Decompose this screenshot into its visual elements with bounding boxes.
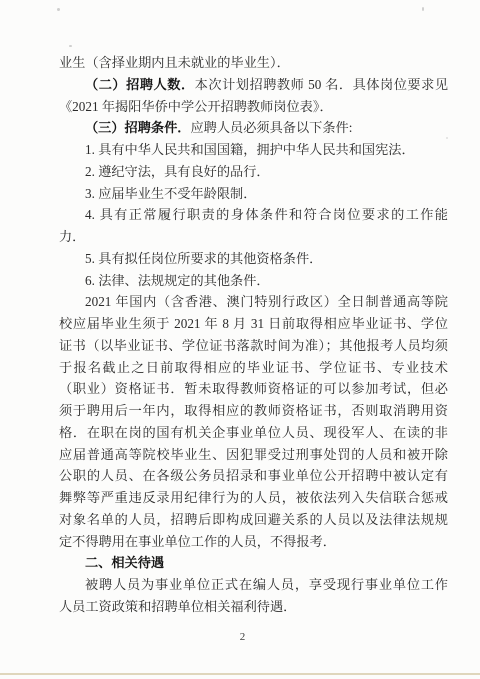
text-line: （职业）资格证书．暂未取得教师资格证的可以参加考试，但必 — [59, 378, 448, 400]
text-line: 二、相关待遇 — [59, 552, 448, 574]
text-line: 公职的人员、在各级公务员招录和事业单位公开招聘中被认定有 — [59, 465, 448, 487]
text-line: 《2021 年揭阳华侨中学公开招聘教师岗位表》． — [59, 96, 448, 118]
text-line: 定不得聘用在事业单位工作的人员，不得报考． — [59, 531, 448, 553]
text-segment: 4. 具有正常履行职责的身体条件和符合岗位要求的工作能 — [85, 207, 448, 222]
text-segment: 对象名单的人员，招聘后即构成回避关系的人员以及法律法规规 — [59, 512, 448, 527]
text-line: 1. 具有中华人民共和国国籍，拥护中华人民共和国宪法． — [59, 139, 448, 161]
scan-speck — [422, 7, 424, 11]
text-segment: 业生（含择业期内且未就业的毕业生）． — [59, 55, 290, 70]
text-segment: 5. 具有拟任岗位所要求的其他资格条件． — [85, 251, 322, 266]
text-line: （二）招聘人数．本次计划招聘教师 50 名．具体岗位要求见 — [59, 74, 448, 96]
text-line: 2021 年国内（含香港、澳门特别行政区）全日制普通高等院 — [59, 291, 448, 313]
text-segment: 人员工资政策和招聘单位相关福利待遇． — [59, 599, 296, 614]
text-segment: 公职的人员、在各级公务员招录和事业单位公开招聘中被认定有 — [59, 468, 448, 483]
text-line: 被聘人员为事业单位正式在编人员，享受现行事业单位工作 — [59, 574, 448, 596]
text-segment: 6. 法律、法规规定的其他条件． — [85, 273, 270, 288]
text-segment: 力． — [59, 229, 85, 244]
text-line: 证书（以毕业证书、学位证书落款时间为准）；其他报考人员均须 — [59, 335, 448, 357]
text-line: 校应届毕业生须于 2021 年 8 月 31 日前取得相应毕业证书、学位 — [59, 313, 448, 335]
text-line: 对象名单的人员，招聘后即构成回避关系的人员以及法律法规规 — [59, 509, 448, 531]
text-line: 人员工资政策和招聘单位相关福利待遇． — [59, 596, 448, 618]
text-segment: 校应届毕业生须于 2021 年 8 月 31 日前取得相应毕业证书、学位 — [59, 316, 448, 331]
text-segment: 应聘人员必须具备以下条件: — [191, 120, 353, 135]
text-segment: 《2021 年揭阳华侨中学公开招聘教师岗位表》． — [59, 99, 333, 114]
text-line: （三）招聘条件．应聘人员必须具备以下条件: — [59, 117, 448, 139]
text-line: 业生（含择业期内且未就业的毕业生）． — [59, 52, 448, 74]
text-line: 2. 遵纪守法，具有良好的品行． — [59, 161, 448, 183]
scan-edge-line — [0, 673, 480, 675]
scan-speck — [57, 8, 60, 11]
text-segment: （职业）资格证书．暂未取得教师资格证的可以参加考试，但必 — [59, 381, 448, 396]
text-segment: 舞弊等严重违反录用纪律行为的人员，被依法列入失信联合惩戒 — [59, 490, 448, 505]
text-segment-bold: （二）招聘人数． — [85, 77, 195, 92]
text-segment: 应届普通高等院校毕业生、因犯罪受过刑事处罚的人员和被开除 — [59, 447, 448, 462]
scan-speck — [69, 45, 72, 47]
text-line: 4. 具有正常履行职责的身体条件和符合岗位要求的工作能 — [59, 204, 448, 226]
text-line: 应届普通高等院校毕业生、因犯罪受过刑事处罚的人员和被开除 — [59, 444, 448, 466]
page-number: 2 — [55, 631, 430, 643]
text-line: 3. 应届毕业生不受年龄限制． — [59, 183, 448, 205]
text-segment: 须于聘用后一年内，取得相应的教师资格证书，否则取消聘用资 — [59, 403, 448, 418]
text-segment: 被聘人员为事业单位正式在编人员，享受现行事业单位工作 — [85, 577, 448, 592]
text-segment-bold: 二、相关待遇 — [85, 555, 164, 570]
text-segment: 定不得聘用在事业单位工作的人员，不得报考． — [59, 534, 336, 549]
text-line: 须于聘用后一年内，取得相应的教师资格证书，否则取消聘用资 — [59, 400, 448, 422]
text-line: 6. 法律、法规规定的其他条件． — [59, 270, 448, 292]
body-text: 业生（含择业期内且未就业的毕业生）．（二）招聘人数．本次计划招聘教师 50 名．… — [59, 52, 448, 618]
text-segment: 本次计划招聘教师 50 名．具体岗位要求见 — [195, 77, 448, 92]
text-segment: 2021 年国内（含香港、澳门特别行政区）全日制普通高等院 — [85, 294, 448, 309]
text-line: 力． — [59, 226, 448, 248]
text-line: 格．在职在岗的国有机关企事业单位人员、现役军人、在读的非 — [59, 422, 448, 444]
text-segment-bold: （三）招聘条件． — [85, 120, 191, 135]
text-segment: 3. 应届毕业生不受年龄限制． — [85, 186, 256, 201]
text-segment: 于报名截止之日前取得相应的毕业证书、学位证书、专业技术 — [59, 360, 448, 375]
text-segment: 1. 具有中华人民共和国国籍，拥护中华人民共和国宪法． — [85, 142, 415, 157]
text-segment: 证书（以毕业证书、学位证书落款时间为准）；其他报考人员均须 — [59, 338, 448, 353]
text-line: 于报名截止之日前取得相应的毕业证书、学位证书、专业技术 — [59, 357, 448, 379]
document-page: 业生（含择业期内且未就业的毕业生）．（二）招聘人数．本次计划招聘教师 50 名．… — [0, 0, 480, 679]
text-segment: 2. 遵纪守法，具有良好的品行． — [85, 164, 270, 179]
text-line: 5. 具有拟任岗位所要求的其他资格条件． — [59, 248, 448, 270]
text-segment: 格．在职在岗的国有机关企事业单位人员、现役军人、在读的非 — [59, 425, 448, 440]
text-line: 舞弊等严重违反录用纪律行为的人员，被依法列入失信联合惩戒 — [59, 487, 448, 509]
